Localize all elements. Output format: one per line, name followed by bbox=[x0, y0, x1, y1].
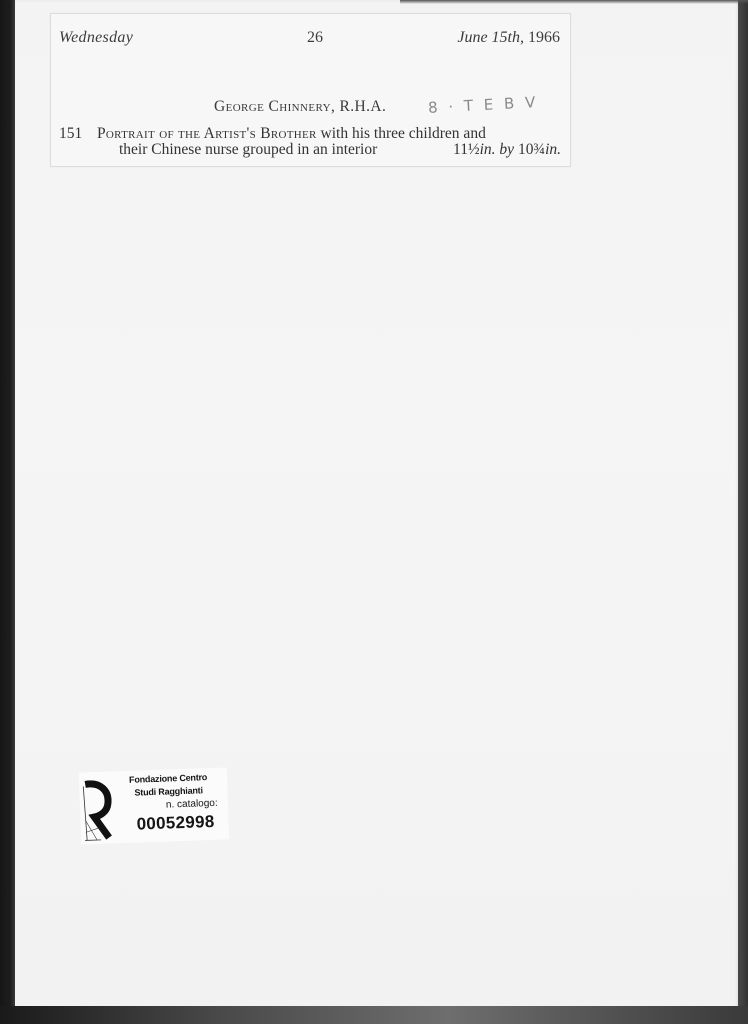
fondazione-ragghianti-logo-icon bbox=[81, 779, 113, 842]
scan-top-shadow bbox=[400, 0, 748, 4]
handwritten-annotation: 8 ⋅ T E B V bbox=[428, 93, 539, 117]
height-value: 11½ bbox=[453, 141, 480, 158]
stamp-org-line1: Fondazione Centro bbox=[129, 772, 207, 785]
date-day: 15th, bbox=[492, 29, 524, 46]
lot-description-continuation: with his three children and bbox=[317, 125, 486, 142]
scan-left-edge bbox=[0, 0, 15, 1024]
dimension-separator: by bbox=[499, 141, 514, 158]
catalog-number: 00052998 bbox=[136, 812, 215, 835]
lot-dimensions: 11½in. by 10¾in. bbox=[453, 142, 561, 158]
lot-number: 151 bbox=[59, 126, 82, 142]
running-head: Wednesday 26 June 15th, 1966 bbox=[59, 29, 560, 51]
artist-heading: George Chinnery, R.H.A. bbox=[214, 98, 386, 116]
lot-title: Portrait of the Artist's Brother bbox=[97, 125, 317, 142]
catalogue-clipping: Wednesday 26 June 15th, 1966 George Chin… bbox=[50, 13, 571, 167]
scanned-page: Wednesday 26 June 15th, 1966 George Chin… bbox=[0, 0, 748, 1024]
scan-right-edge bbox=[738, 0, 748, 1024]
date-year: 1966 bbox=[528, 29, 560, 46]
page-number: 26 bbox=[307, 29, 323, 47]
lot-description-line1: Portrait of the Artist's Brother with hi… bbox=[97, 126, 486, 142]
width-unit: in. bbox=[545, 141, 561, 158]
lot-description-line2: their Chinese nurse grouped in an interi… bbox=[119, 142, 377, 158]
archive-stamp: Fondazione Centro Studi Ragghianti n. ca… bbox=[79, 767, 229, 844]
running-head-day: Wednesday bbox=[59, 29, 133, 47]
stamp-org-line2: Studi Ragghianti bbox=[134, 785, 203, 797]
date-month: June bbox=[457, 29, 487, 46]
height-unit: in. bbox=[480, 141, 496, 158]
scan-bottom-edge bbox=[0, 1006, 748, 1024]
width-value: 10¾ bbox=[518, 141, 545, 158]
catalog-label: n. catalogo: bbox=[166, 798, 218, 811]
running-head-date: June 15th, 1966 bbox=[457, 29, 560, 47]
